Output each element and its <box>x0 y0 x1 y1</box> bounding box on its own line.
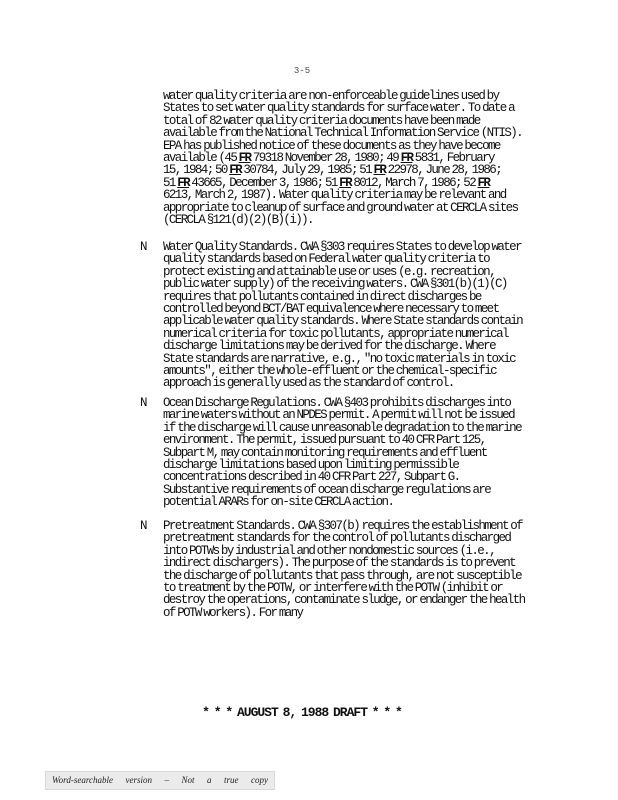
text-line: environment. The permit, issued pursuant… <box>163 434 521 446</box>
text-line: pretreatment standards for the control o… <box>163 532 524 544</box>
text-line: destroy the operations, contaminate slud… <box>163 594 524 606</box>
bullet-water-quality-standards: N Water Quality Standards. CWA §303 requ… <box>140 241 522 390</box>
text-line: States to set water quality standards fo… <box>163 102 522 114</box>
text-line: 6213, March 2, 1987). Water quality crit… <box>163 189 522 201</box>
text-line: quality standards based on Federal water… <box>163 253 522 265</box>
text-line: of POTW workers). For many <box>163 607 524 619</box>
bullet-marker: N <box>140 241 163 253</box>
bullet-ocean-discharge-regulations: N Ocean Discharge Regulations. CWA §403 … <box>140 397 521 509</box>
text-line: potential ARARs for on-site CERCLA actio… <box>163 496 521 508</box>
intro-paragraph: water quality criteria are non-enforceab… <box>140 90 522 226</box>
text-line: concentrations described in 40 CFR Part … <box>163 471 521 483</box>
page-number: 3-5 <box>0 66 604 76</box>
text-line: public water supply) of the receiving wa… <box>163 278 522 290</box>
bullet-pretreatment-standards: N Pretreatment Standards. CWA §307(b) re… <box>140 520 524 619</box>
bullet-text: Water Quality Standards. CWA §303 requir… <box>163 241 522 390</box>
draft-date-footer: * * * AUGUST 8, 1988 DRAFT * * * <box>0 705 604 720</box>
text-line: discharge limitations may be derived for… <box>163 340 522 352</box>
bullet-text: Ocean Discharge Regulations. CWA §403 pr… <box>163 397 521 509</box>
text-line: marine waters without an NPDES permit. A… <box>163 409 521 421</box>
word-searchable-stamp: Word-searchable version – Not a true cop… <box>45 771 275 790</box>
text-line: (CERCLA §121(d)(2)(B)(i)). <box>163 214 522 226</box>
bullet-marker: N <box>140 520 163 532</box>
bullet-marker: N <box>140 397 163 409</box>
text-line: approach is generally used as the standa… <box>163 377 522 389</box>
document-page: 3-5 water quality criteria are non-enfor… <box>0 0 618 800</box>
text-line: available from the National Technical In… <box>163 127 522 139</box>
text-line: indirect dischargers). The purpose of th… <box>163 557 524 569</box>
bullet-text: Pretreatment Standards. CWA §307(b) requ… <box>163 520 524 619</box>
stamp-text: Word-searchable version – Not a true cop… <box>52 772 268 789</box>
text-line: applicable water quality standards. Wher… <box>163 315 522 327</box>
